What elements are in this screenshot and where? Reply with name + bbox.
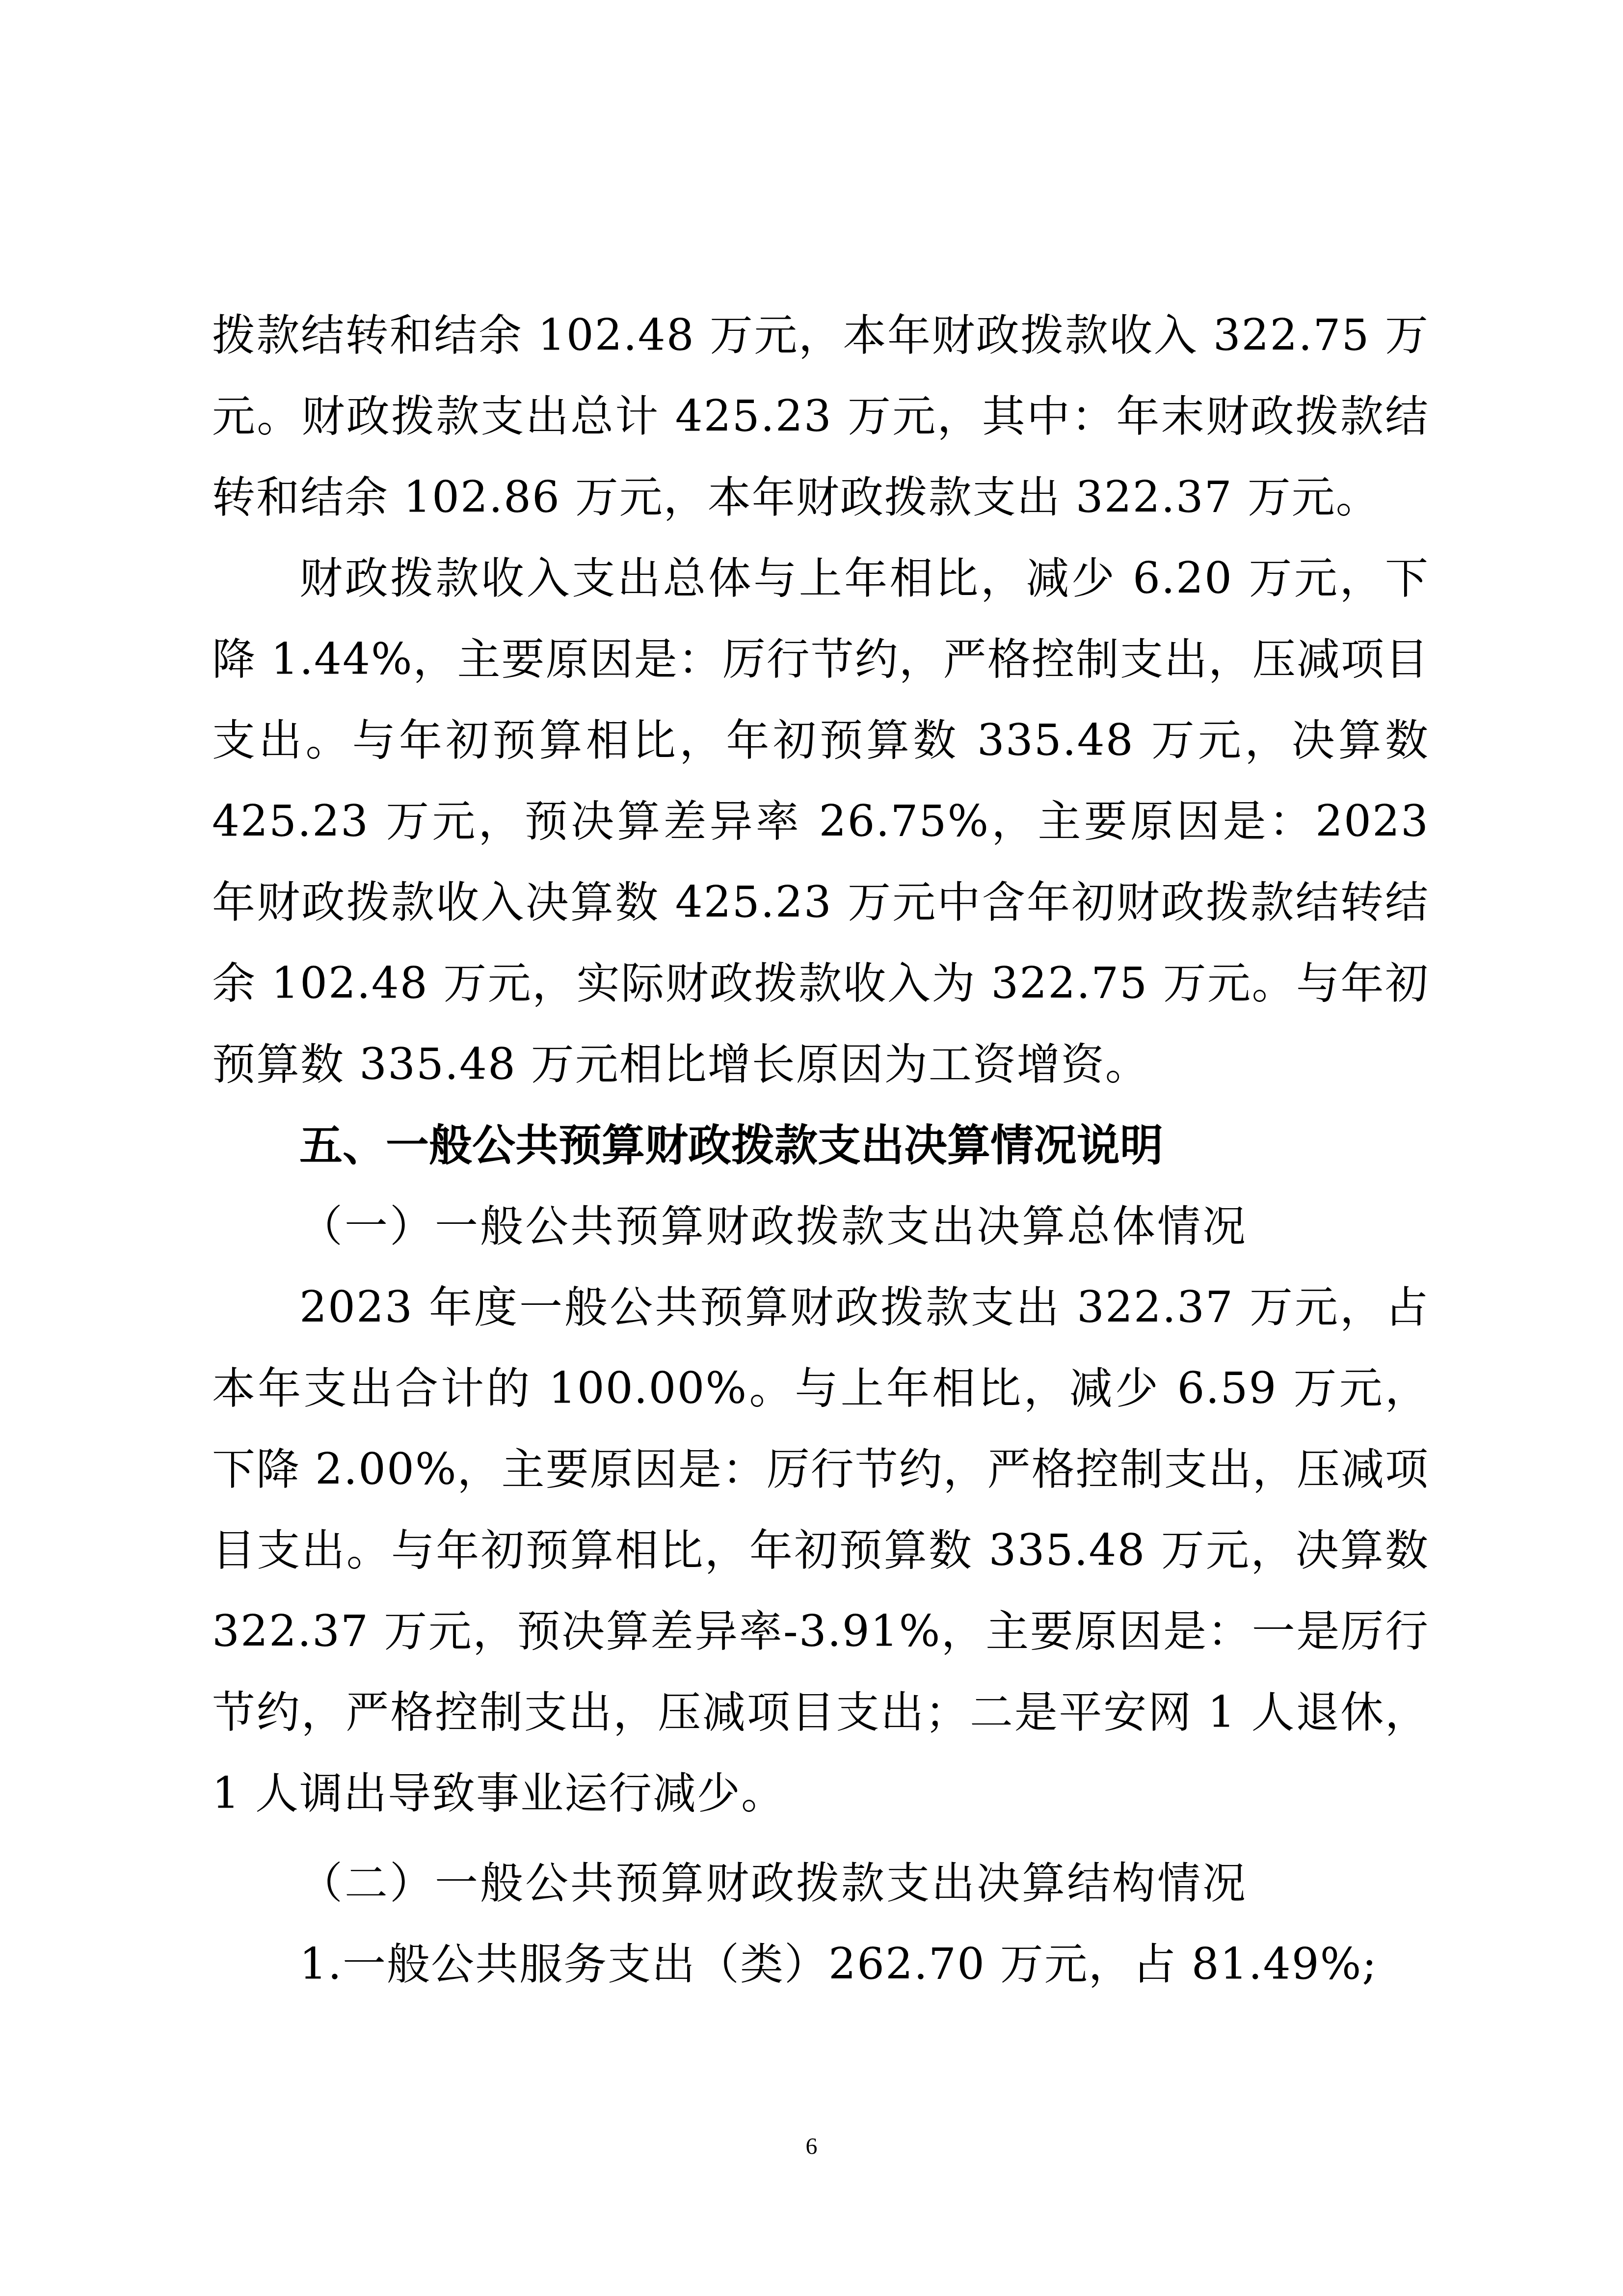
paragraph-overall-expenditure: 2023 年度一般公共预算财政拨款支出 322.37 万元，占本年支出合计的 1…	[212, 1267, 1429, 1834]
document-page: 拨款结转和结余 102.48 万元，本年财政拨款收入 322.75 万元。财政拨…	[0, 0, 1623, 2296]
page-body: 拨款结转和结余 102.48 万元，本年财政拨款收入 322.75 万元。财政拨…	[212, 295, 1429, 2004]
subsection-heading-overall: （一）一般公共预算财政拨款支出决算总体情况	[212, 1186, 1429, 1267]
page-number: 6	[0, 2133, 1623, 2160]
section-heading-5: 五、一般公共预算财政拨款支出决算情况说明	[212, 1105, 1429, 1186]
paragraph-yoy-comparison: 财政拨款收入支出总体与上年相比，减少 6.20 万元，下降 1.44%，主要原因…	[212, 538, 1429, 1105]
paragraph-structure-item-1: 1.一般公共服务支出（类）262.70 万元，占 81.49%;	[212, 1923, 1429, 2004]
paragraph-fiscal-carryover: 拨款结转和结余 102.48 万元，本年财政拨款收入 322.75 万元。财政拨…	[212, 295, 1429, 538]
subsection-heading-structure: （二）一般公共预算财政拨款支出决算结构情况	[212, 1842, 1429, 1923]
